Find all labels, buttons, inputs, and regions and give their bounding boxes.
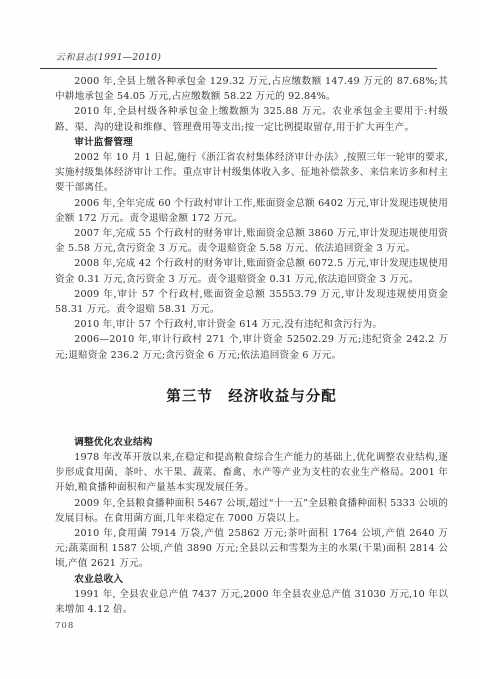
sub-heading: 调整优化农业结构: [55, 435, 448, 450]
book-page: 云和县志(1991—2010) 2000 年,全县上缴各种承包金 129.32 …: [0, 0, 480, 679]
content-flow: 2000 年,全县上缴各种承包金 129.32 万元,占应缴数额 147.49 …: [55, 74, 448, 617]
header-rule-divider: [40, 68, 437, 69]
body-paragraph: 2010 年,全县村级各种承包金上缴数额为 325.88 万元。农业承包金主要用…: [55, 104, 448, 134]
page-number: 708: [55, 621, 74, 631]
body-paragraph: 2006—2010 年,审计行政村 271 个,审计资金 52502.29 万元…: [55, 332, 448, 362]
running-header: 云和县志(1991—2010): [56, 50, 161, 63]
sub-heading: 农业总收入: [55, 572, 448, 587]
body-paragraph: 1991 年, 全县农业总产值 7437 万元,2000 年全县农业总产值 31…: [55, 587, 448, 617]
body-paragraph: 2010 年,食用菌 7914 万袋,产值 25862 万元;茶叶面积 1764…: [55, 526, 448, 572]
body-paragraph: 2007 年,完成 55 个行政村的财务审计,账面资金总额 3860 万元,审计…: [55, 226, 448, 256]
sub-heading: 审计监督管理: [55, 135, 448, 150]
body-paragraph: 2009 年,全县粮食播种面积 5467 公顷,超过“十一五”全县粮食播种面积 …: [55, 496, 448, 526]
body-paragraph: 2009 年,审计 57 个行政村,账面资金总额 35553.79 万元,审计发…: [55, 287, 448, 317]
body-paragraph: 2006 年,全年完成 60 个行政村审计工作,账面资金总额 6402 万元,审…: [55, 196, 448, 226]
body-paragraph: 1978 年改革开放以来,在稳定和提高粮食综合生产能力的基础上,优化调整农业结构…: [55, 450, 448, 496]
section-title: 第三节 经济收益与分配: [55, 388, 448, 406]
body-paragraph: 2000 年,全县上缴各种承包金 129.32 万元,占应缴数额 147.49 …: [55, 74, 448, 104]
body-paragraph: 2008 年,完成 42 个行政村的财务审计,账面资金总额 6072.5 万元,…: [55, 256, 448, 286]
body-paragraph: 2002 年 10 月 1 日起,施行《浙江省农村集体经济审计办法》,按照三年一…: [55, 150, 448, 196]
body-paragraph: 2010 年,审计 57 个行政村,审计资金 614 万元,没有违纪和贪污行为。: [55, 317, 448, 332]
